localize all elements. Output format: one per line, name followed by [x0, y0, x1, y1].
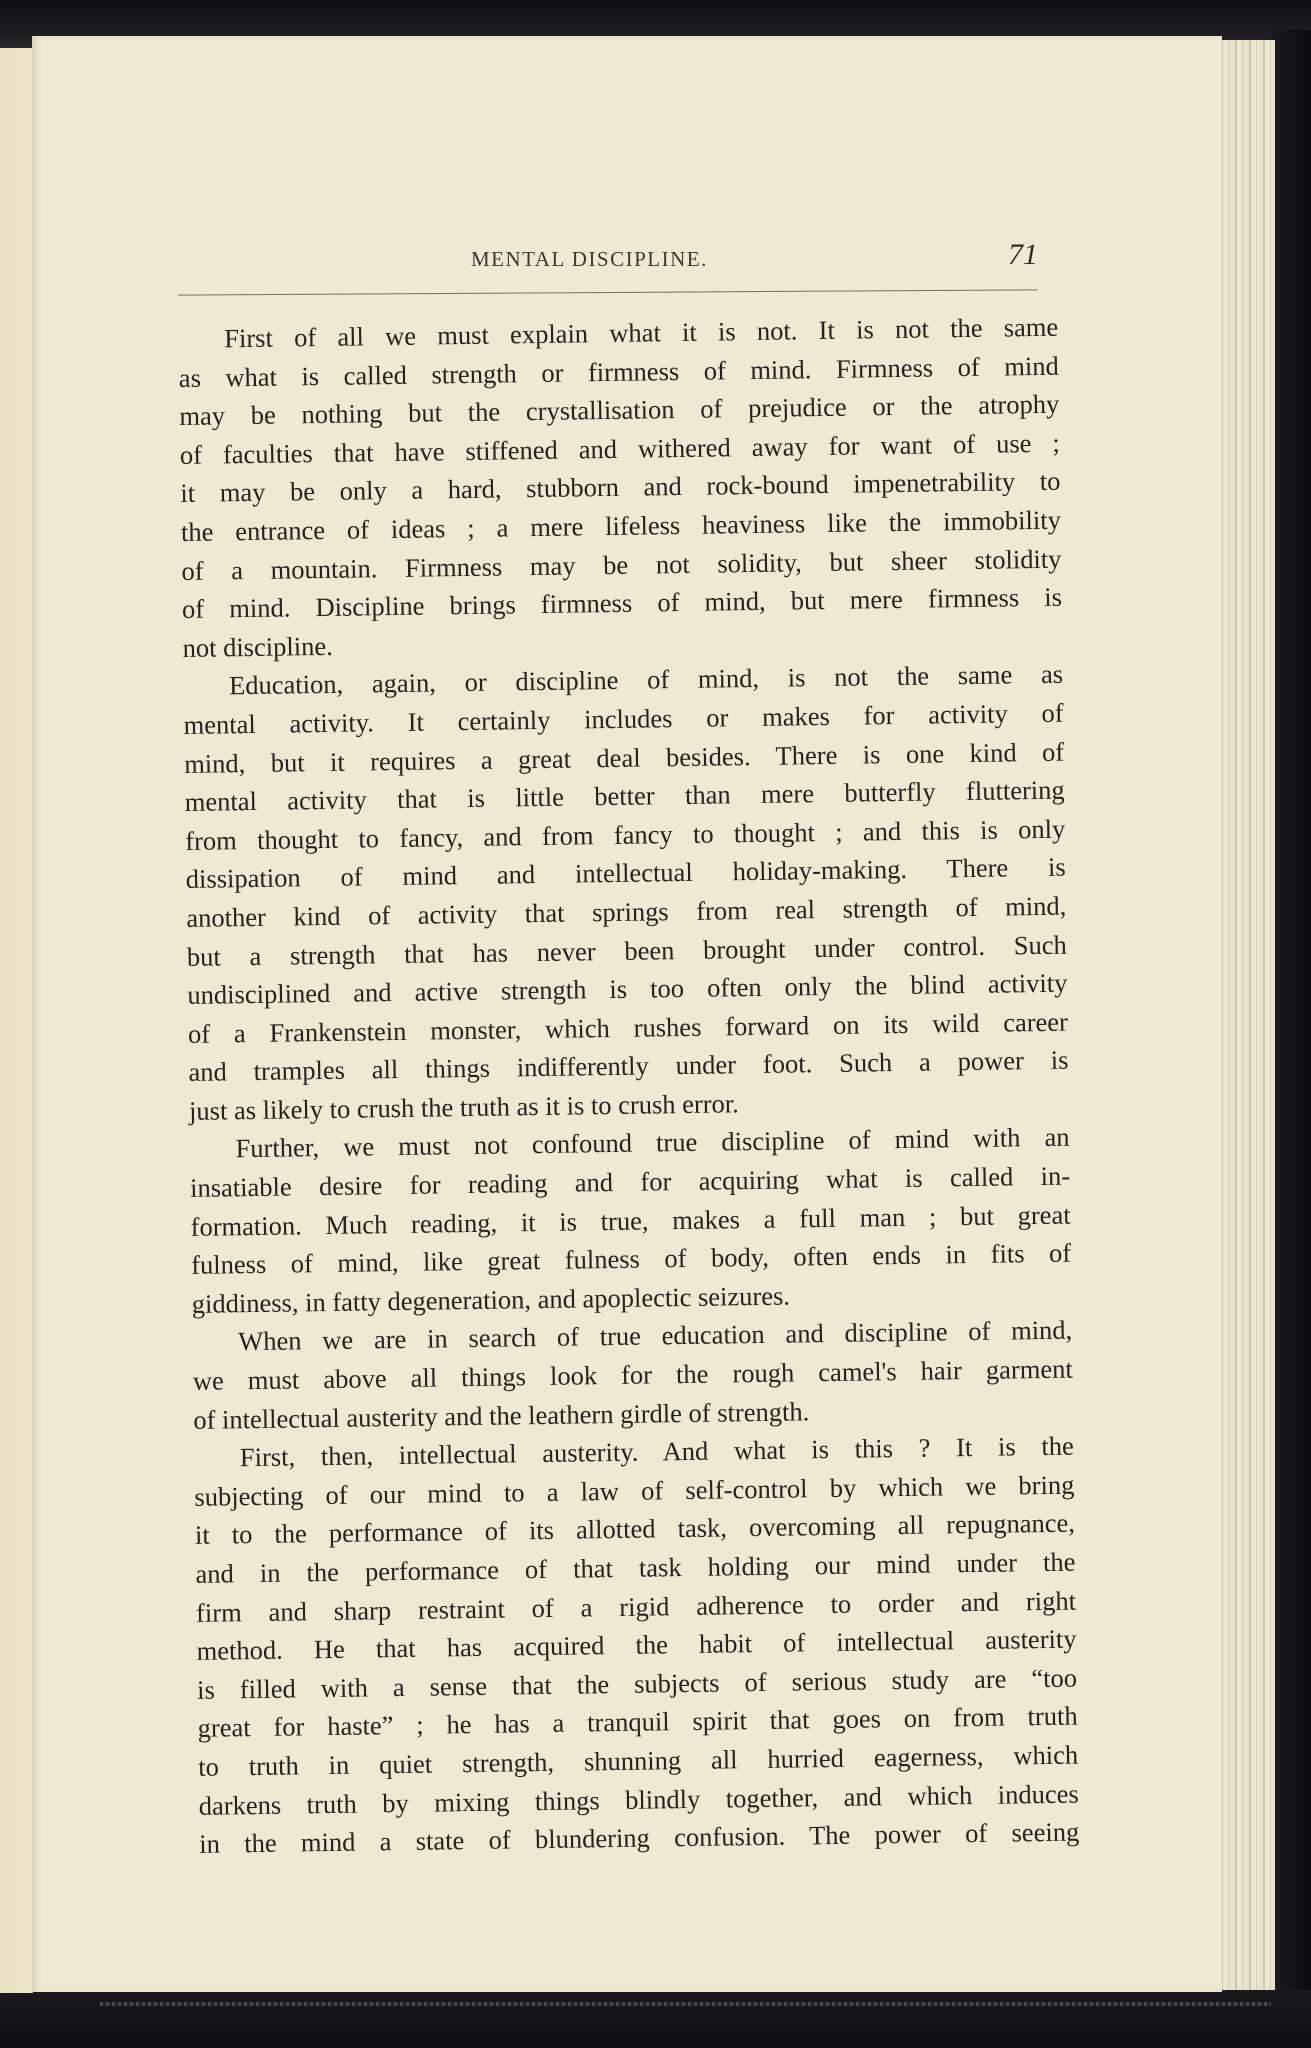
- running-head: MENTAL DISCIPLINE.: [471, 247, 708, 272]
- page-number: 71: [1008, 238, 1038, 272]
- book-cover-right: [1271, 30, 1311, 2010]
- left-page-edge: [0, 48, 33, 1993]
- paragraph-1: First of all we must explain what it is …: [178, 308, 1063, 668]
- page-stack-edges: [1215, 40, 1275, 1990]
- paragraph-5: First, then, intellectual austerity. And…: [194, 1427, 1080, 1864]
- paragraph-4: When we are in search of true education …: [192, 1311, 1074, 1439]
- paragraph-3: Further, we must not confound true disci…: [189, 1118, 1072, 1323]
- body-text: First of all we must explain what it is …: [178, 308, 1079, 1864]
- paragraph-2: Education, again, or discipline of mind,…: [183, 655, 1069, 1130]
- book-cover-bottom: [0, 1990, 1311, 2048]
